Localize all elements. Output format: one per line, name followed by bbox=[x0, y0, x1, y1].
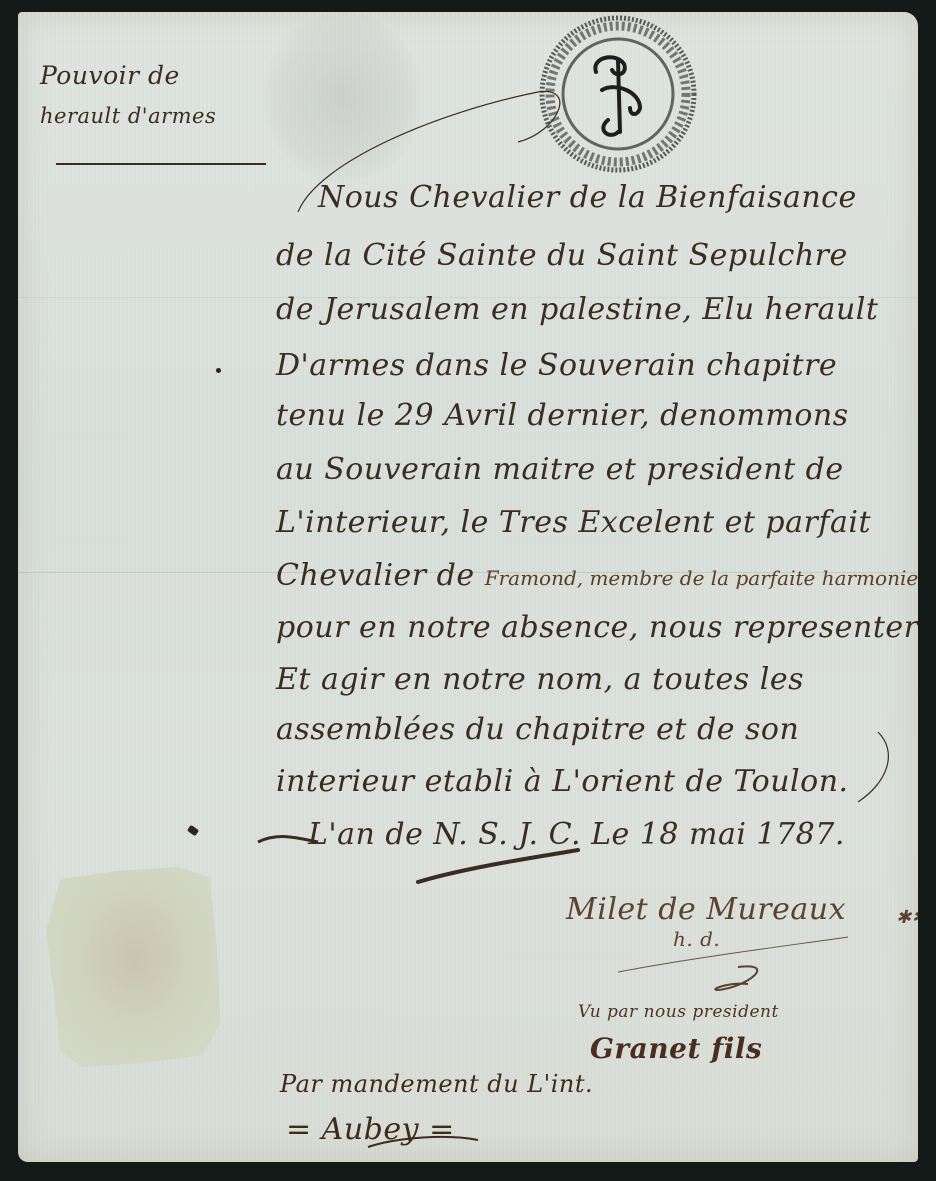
body-line-7: L'interieur, le Tres Excelent et parfait bbox=[276, 505, 871, 540]
ink-spot bbox=[216, 368, 221, 373]
attestation-line: Vu par nous president bbox=[578, 1002, 779, 1022]
ink-seal-stamp bbox=[536, 12, 700, 176]
mandate-line: Par mandement du L'int. bbox=[280, 1070, 593, 1098]
body-line-11: assemblées du chapitre et de son bbox=[276, 712, 799, 747]
signature-mark: ✱✱ bbox=[896, 907, 918, 928]
margin-title-line2: herault d'armes bbox=[40, 96, 216, 136]
body-line-6: au Souverain maitre et president de bbox=[276, 452, 844, 487]
ink-blot bbox=[187, 825, 199, 836]
body-line-12: interieur etabli à L'orient de Toulon. bbox=[276, 764, 849, 799]
body-line-3: de Jerusalem en palestine, Elu herault bbox=[276, 292, 878, 327]
margin-title-line1: Pouvoir de bbox=[40, 56, 216, 96]
margin-underline bbox=[56, 163, 266, 165]
inserted-name: Framond, membre de la parfaite harmonie bbox=[485, 566, 918, 590]
margin-title: Pouvoir de herault d'armes bbox=[40, 56, 216, 136]
date-line: L'an de N. S. J. C. Le 18 mai 1787. bbox=[308, 817, 845, 852]
wafer-seal bbox=[46, 867, 224, 1067]
offset-stain bbox=[263, 12, 423, 182]
body-line-10: Et agir en notre nom, a toutes les bbox=[276, 662, 804, 697]
signature-milet: Milet de Mureaux bbox=[566, 892, 846, 927]
body-line-8: Chevalier de Framond, membre de la parfa… bbox=[276, 558, 918, 593]
body-line-4: D'armes dans le Souverain chapitre bbox=[276, 348, 837, 383]
body-line-9: pour en notre absence, nous representer bbox=[276, 610, 918, 645]
signature-secretary: = Aubey = bbox=[286, 1112, 455, 1147]
manuscript-page: Pouvoir de herault d'armes Nous Chevalie… bbox=[18, 12, 918, 1162]
body-line-5: tenu le 29 Avril dernier, denommons bbox=[276, 398, 849, 433]
body-line-2: de la Cité Sainte du Saint Sepulchre bbox=[276, 238, 848, 273]
signature-president: Granet fils bbox=[590, 1032, 762, 1065]
body-line-8-text: Chevalier de bbox=[276, 558, 475, 593]
signature-milet-suffix: h. d. bbox=[673, 927, 720, 951]
body-line-1: Nous Chevalier de la Bienfaisance bbox=[318, 180, 857, 215]
